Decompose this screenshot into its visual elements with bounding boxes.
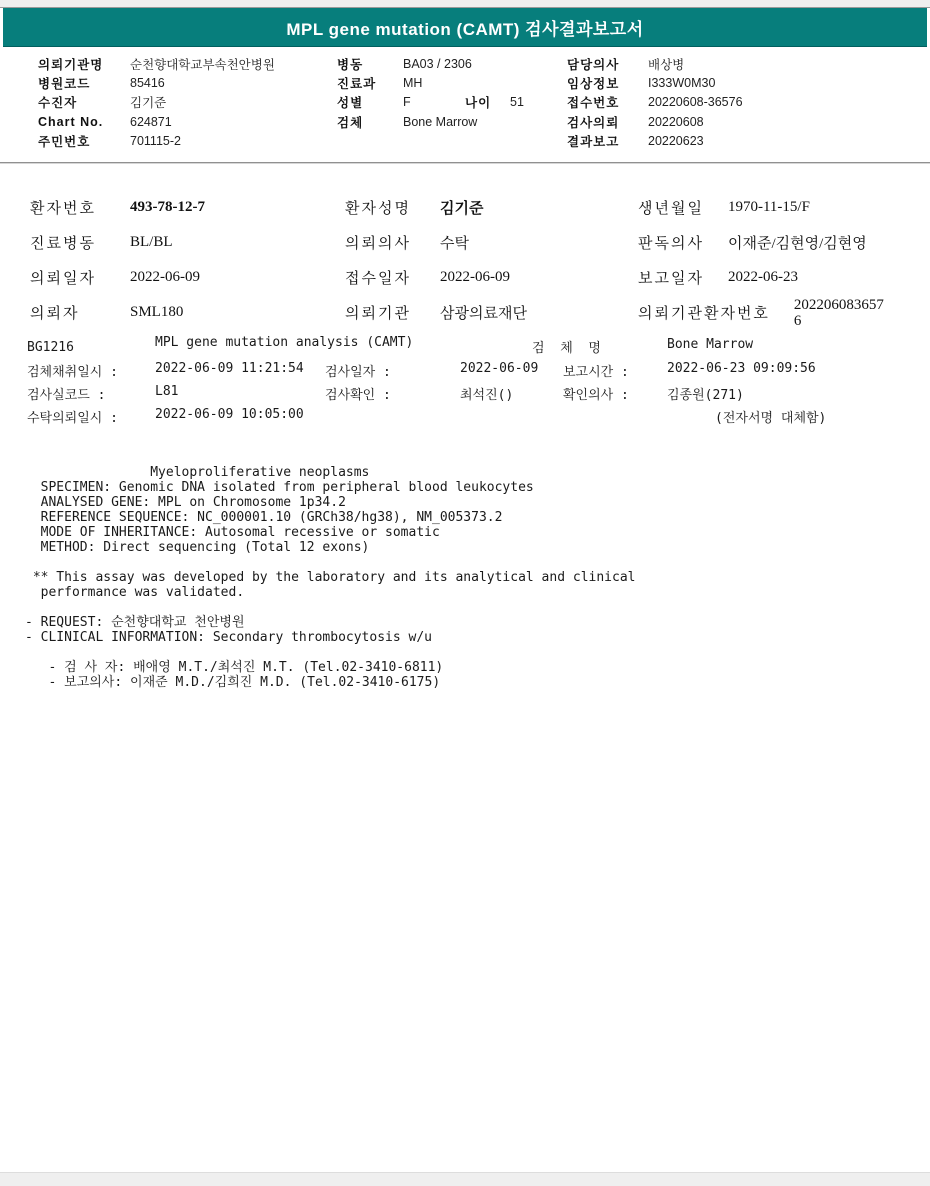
resident-no-value: 701115-2 [130,134,328,148]
requesting-institution-value: 삼광의료재단 [440,302,638,323]
header-col-hospital: 의뢰기관명 순천향대학교부속천안병원 병원코드 85416 수진자 김기준 Ch… [38,54,328,151]
care-ward-label: 진료병동 [30,232,130,253]
header-row: 검사의뢰 20220608 [567,112,867,131]
request-date-label: 의뢰일자 [30,267,130,288]
body-line: REFERENCE SEQUENCE: NC_000001.10 (GRCh38… [25,510,930,525]
result-report-label: 결과보고 [567,132,648,150]
ward-label: 병동 [337,55,403,73]
institution-patient-no-label: 의뢰기관환자번호 [638,302,794,323]
header-row: 임상정보 I333W0M30 [567,73,867,92]
chart-no-value: 624871 [130,115,328,129]
patient-info: 환자번호 493-78-12-7 환자성명 김기준 생년월일 1970-11-1… [0,164,930,330]
result-report-value: 20220623 [648,134,867,148]
header-row: Chart No. 624871 [38,112,328,131]
report-title-bar: MPL gene mutation (CAMT) 검사결과보고서 [3,8,927,47]
patient-row: 환자번호 493-78-12-7 환자성명 김기준 생년월일 1970-11-1… [30,190,912,225]
body-line: MODE OF INHERITANCE: Autosomal recessive… [25,525,930,540]
body-line: ** This assay was developed by the labor… [25,570,930,585]
requesting-org-label: 의뢰기관명 [38,55,130,73]
birthdate-value: 1970-11-15/F [728,199,912,216]
consign-request-datetime-label: 수탁의뢰일시 : [27,407,118,426]
test-date-label: 검사일자 : [325,361,391,380]
requester-value: SML180 [130,304,345,321]
top-strip [0,0,930,8]
sex-value: F [403,95,465,109]
reading-doctor-value: 이재준/김현영/김현영 [728,232,912,253]
specimen-value: Bone Marrow [403,115,562,129]
collected-datetime-value: 2022-06-09 11:21:54 [155,361,304,376]
report-time-value: 2022-06-23 09:09:56 [667,361,816,376]
body-line [25,645,930,660]
header-row: 결과보고 20220623 [567,132,867,151]
report-body: Myeloproliferative neoplasms SPECIMEN: G… [0,465,930,690]
collected-datetime-label: 검체채취일시 : [27,361,118,380]
test-code: BG1216 [27,340,74,355]
body-line: performance was validated. [25,585,930,600]
age-value: 51 [510,95,562,109]
patient-number-value: 493-78-12-7 [130,199,345,216]
bottom-strip [0,1172,930,1186]
header-row: 검체 Bone Marrow [337,112,562,131]
body-line [25,555,930,570]
test-date-value: 2022-06-09 [460,361,538,376]
body-line [25,600,930,615]
header-row: 주민번호 701115-2 [38,132,328,151]
header-col-order: 담당의사 배상병 임상정보 I333W0M30 접수번호 20220608-36… [567,54,867,151]
test-name: MPL gene mutation analysis (CAMT) [155,335,413,350]
report-date-value: 2022-06-23 [728,269,912,286]
report-time-label: 보고시간 : [563,361,629,380]
report-page: MPL gene mutation (CAMT) 검사결과보고서 의뢰기관명 순… [0,0,930,1186]
requesting-institution-label: 의뢰기관 [345,302,440,323]
patient-name-label: 환자성명 [345,197,440,218]
header-row: 담당의사 배상병 [567,54,867,73]
body-line: - REQUEST: 순천향대학교 천안병원 [25,615,930,630]
body-line: ANALYSED GENE: MPL on Chromosome 1p34.2 [25,495,930,510]
patient-name-value: 김기준 [440,197,638,218]
confirm-doctor-value: 김종원(271) [667,384,744,403]
clinical-info-label: 임상정보 [567,74,648,92]
sex-label: 성별 [337,93,403,111]
header-row: 병원코드 85416 [38,73,328,92]
care-ward-value: BL/BL [130,234,345,251]
lab-code-label: 검사실코드 : [27,384,105,403]
ordering-doctor-label: 의뢰의사 [345,232,440,253]
examinee-value: 김기준 [130,93,328,111]
body-line: - CLINICAL INFORMATION: Secondary thromb… [25,630,930,645]
accession-no-label: 접수번호 [567,93,648,111]
body-line: - 검 사 자: 배애영 M.T./최석진 M.T. (Tel.02-3410-… [25,660,930,675]
hospital-code-label: 병원코드 [38,74,130,92]
requesting-org-value: 순천향대학교부속천안병원 [130,55,328,73]
lab-code-value: L81 [155,384,178,399]
consign-request-datetime-value: 2022-06-09 10:05:00 [155,407,304,422]
report-title: MPL gene mutation (CAMT) 검사결과보고서 [286,15,643,40]
body-line: Myeloproliferative neoplasms [25,465,930,480]
confirm-doctor-label: 확인의사 : [563,384,629,403]
body-line: METHOD: Direct sequencing (Total 12 exon… [25,540,930,555]
requester-label: 의뢰자 [30,302,130,323]
ward-value: BA03 / 2306 [403,57,562,71]
order-date-label: 검사의뢰 [567,113,648,131]
esignature-note: (전자서명 대체함) [715,407,826,426]
header-col-visit: 병동 BA03 / 2306 진료과 MH 성별 F 나이 51 검체 Bone… [337,54,562,132]
chart-no-label: Chart No. [38,115,130,129]
examinee-label: 수진자 [38,93,130,111]
patient-number-label: 환자번호 [30,197,130,218]
department-label: 진료과 [337,74,403,92]
accession-no-value: 20220608-36576 [648,95,867,109]
header-row: 접수번호 20220608-36576 [567,93,867,112]
specimen-name-label: 검 체 명 [532,337,601,356]
header-row: 성별 F 나이 51 [337,93,562,112]
department-value: MH [403,76,562,90]
header-row: 수진자 김기준 [38,93,328,112]
institution-patient-no-value: 2022060836576 [794,297,890,329]
attending-doctor-label: 담당의사 [567,55,648,73]
patient-row: 진료병동 BL/BL 의뢰의사 수탁 판독의사 이재준/김현영/김현영 [30,225,912,260]
patient-row: 의뢰자 SML180 의뢰기관 삼광의료재단 의뢰기관환자번호 20220608… [30,295,912,330]
receipt-date-value: 2022-06-09 [440,269,638,286]
order-date-value: 20220608 [648,115,867,129]
header-info: 의뢰기관명 순천향대학교부속천안병원 병원코드 85416 수진자 김기준 Ch… [0,52,930,160]
specimen-label: 검체 [337,113,403,131]
test-meta-section: BG1216 MPL gene mutation analysis (CAMT)… [0,334,930,429]
ordering-doctor-value: 수탁 [440,232,638,253]
header-row: 의뢰기관명 순천향대학교부속천안병원 [38,54,328,73]
header-row: 병동 BA03 / 2306 [337,54,562,73]
clinical-info-value: I333W0M30 [648,76,867,90]
test-verify-label: 검사확인 : [325,384,391,403]
body-line: - 보고의사: 이재준 M.D./김희진 M.D. (Tel.02-3410-6… [25,675,930,690]
specimen-name-value: Bone Marrow [667,337,753,352]
attending-doctor-value: 배상병 [648,55,867,73]
reading-doctor-label: 판독의사 [638,232,728,253]
resident-no-label: 주민번호 [38,132,130,150]
hospital-code-value: 85416 [130,76,328,90]
test-verify-value: 최석진() [460,384,513,403]
request-date-value: 2022-06-09 [130,269,345,286]
header-row: 진료과 MH [337,73,562,92]
birthdate-label: 생년월일 [638,197,728,218]
patient-row: 의뢰일자 2022-06-09 접수일자 2022-06-09 보고일자 202… [30,260,912,295]
body-line: SPECIMEN: Genomic DNA isolated from peri… [25,480,930,495]
receipt-date-label: 접수일자 [345,267,440,288]
report-date-label: 보고일자 [638,267,728,288]
age-label: 나이 [465,93,510,111]
